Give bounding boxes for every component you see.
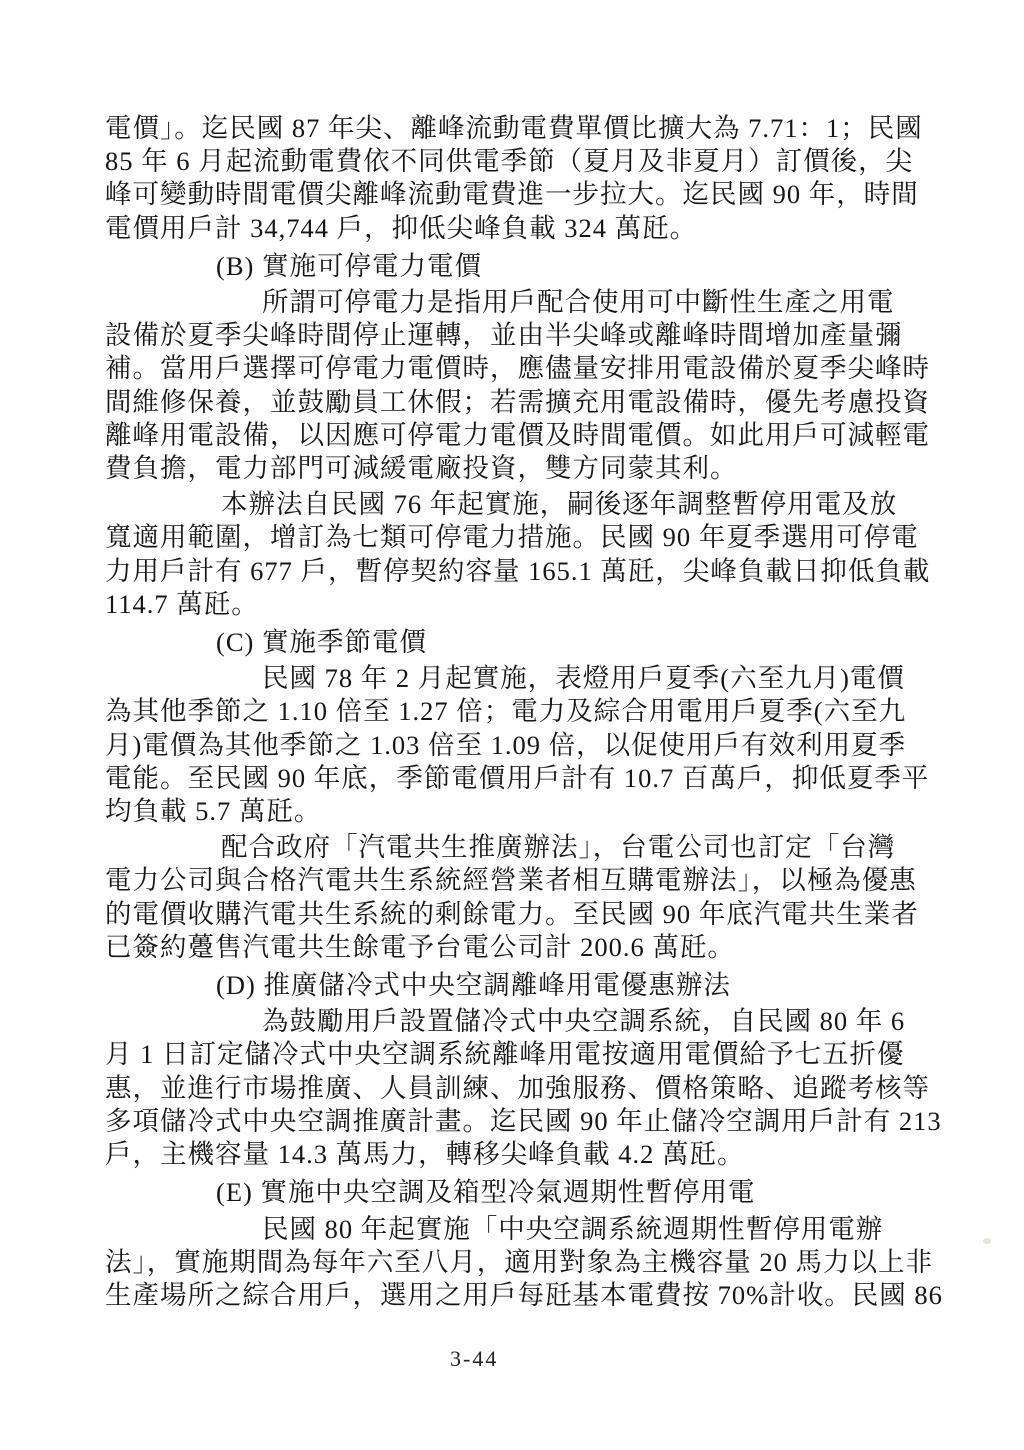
text-line: 均負載 5.7 萬瓩。 bbox=[105, 795, 955, 828]
text-line: 本辦法自民國 76 年起實施，嗣後逐年調整暫停用電及放 bbox=[105, 488, 955, 521]
text-line: 月)電價為其他季節之 1.03 倍至 1.09 倍，以促使用戶有效利用夏季 bbox=[105, 729, 955, 762]
text-line: 的電價收購汽電共生系統的剩餘電力。至民國 90 年底汽電共生業者 bbox=[105, 898, 955, 931]
text-line: 生產場所之綜合用戶，選用之用戶每瓩基本電費按 70%計收。民國 86 bbox=[105, 1279, 955, 1312]
text-line: 電力公司與合格汽電共生系統經營業者相互購電辦法」，以極為優惠 bbox=[105, 864, 955, 897]
text-line: 戶，主機容量 14.3 萬馬力，轉移尖峰負載 4.2 萬瓩。 bbox=[105, 1138, 955, 1171]
section-heading: (C) 實施季節電價 bbox=[105, 626, 955, 659]
page-number: 3-44 bbox=[450, 1346, 498, 1372]
text-line: 配合政府「汽電共生推廣辦法」，台電公司也訂定「台灣 bbox=[105, 831, 955, 864]
text-line: 為其他季節之 1.10 倍至 1.27 倍；電力及綜合用電用戶夏季(六至九 bbox=[105, 695, 955, 728]
section-heading: (E) 實施中央空調及箱型冷氣週期性暫停用電 bbox=[105, 1176, 955, 1209]
text-line: 間維修保養，並鼓勵員工休假；若需擴充用電設備時，優先考慮投資 bbox=[105, 386, 955, 419]
text-line: 惠，並進行市場推廣、人員訓練、加強服務、價格策略、追蹤考核等 bbox=[105, 1072, 955, 1105]
text-line: 民國 80 年起實施「中央空調系統週期性暫停用電辦 bbox=[105, 1213, 955, 1246]
section-heading: (D) 推廣儲冷式中央空調離峰用電優惠辦法 bbox=[105, 969, 955, 1002]
text-line: 寬適用範圍，增訂為七類可停電力措施。民國 90 年夏季選用可停電 bbox=[105, 521, 955, 554]
document-page: 電價」。迄民國 87 年尖、離峰流動電費單價比擴大為 7.71：1；民國85 年… bbox=[0, 0, 1024, 1450]
text-line: 法」，實施期間為每年六至八月，適用對象為主機容量 20 馬力以上非 bbox=[105, 1246, 955, 1279]
text-line: 離峰用電設備，以因應可停電力電價及時間電價。如此用戶可減輕電 bbox=[105, 419, 955, 452]
document-body: 電價」。迄民國 87 年尖、離峰流動電費單價比擴大為 7.71：1；民國85 年… bbox=[105, 112, 955, 1312]
text-line: 電能。至民國 90 年底，季節電價用戶計有 10.7 百萬戶，抑低夏季平 bbox=[105, 762, 955, 795]
text-line: 民國 78 年 2 月起實施，表燈用戶夏季(六至九月)電價 bbox=[105, 662, 955, 695]
text-line: 電價」。迄民國 87 年尖、離峰流動電費單價比擴大為 7.71：1；民國 bbox=[105, 112, 955, 145]
text-line: 設備於夏季尖峰時間停止運轉，並由半尖峰或離峰時間增加產量彌 bbox=[105, 319, 955, 352]
text-line: 多項儲冷式中央空調推廣計畫。迄民國 90 年止儲冷空調用戶計有 213 bbox=[105, 1105, 955, 1138]
text-line: 已簽約躉售汽電共生餘電予台電公司計 200.6 萬瓩。 bbox=[105, 931, 955, 964]
section-heading: (B) 實施可停電力電價 bbox=[105, 250, 955, 283]
text-line: 費負擔，電力部門可減緩電廠投資，雙方同蒙其利。 bbox=[105, 452, 955, 485]
text-line: 85 年 6 月起流動電費依不同供電季節（夏月及非夏月）訂價後，尖 bbox=[105, 145, 955, 178]
text-line: 為鼓勵用戶設置儲冷式中央空調系統，自民國 80 年 6 bbox=[105, 1005, 955, 1038]
text-line: 所謂可停電力是指用戶配合使用可中斷性生產之用電 bbox=[105, 286, 955, 319]
text-line: 補。當用戶選擇可停電力電價時，應儘量安排用電設備於夏季尖峰時 bbox=[105, 352, 955, 385]
text-line: 峰可變動時間電價尖離峰流動電費進一步拉大。迄民國 90 年，時間 bbox=[105, 178, 955, 211]
text-line: 電價用戶計 34,744 戶，抑低尖峰負載 324 萬瓩。 bbox=[105, 212, 955, 245]
text-line: 月 1 日訂定儲冷式中央空調系統離峰用電按適用電價給予七五折優 bbox=[105, 1038, 955, 1071]
scan-artifact bbox=[983, 1238, 991, 1244]
text-line: 力用戶計有 677 戶，暫停契約容量 165.1 萬瓩，尖峰負載日抑低負載 bbox=[105, 555, 955, 588]
text-line: 114.7 萬瓩。 bbox=[105, 588, 955, 621]
